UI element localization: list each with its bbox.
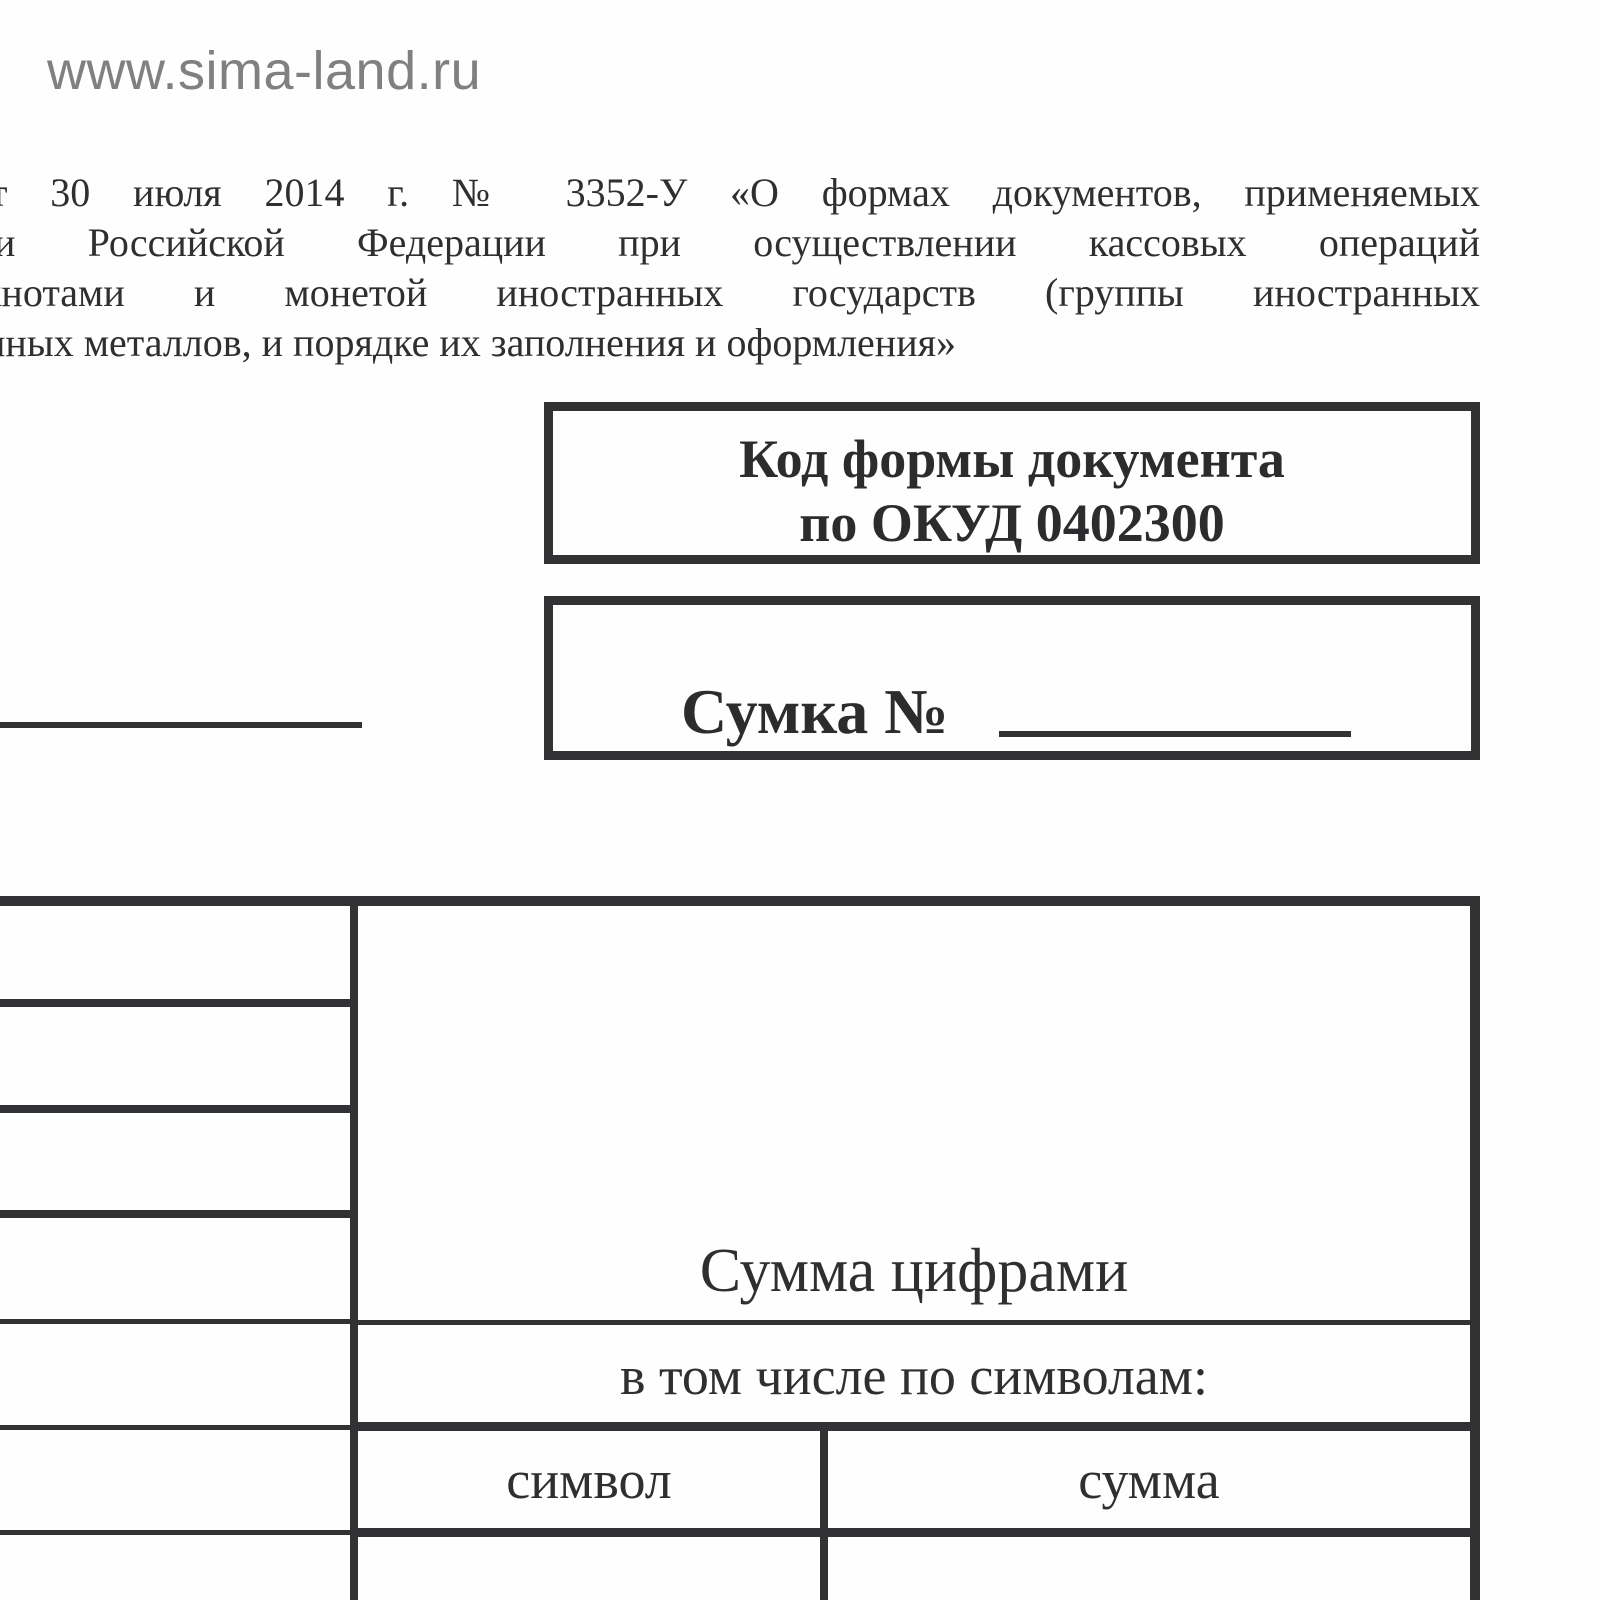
left-row-line — [0, 999, 354, 1007]
table-top-border — [0, 896, 1480, 906]
right-row-line — [354, 1422, 1474, 1431]
symbol-amount-divider — [820, 1426, 828, 1600]
left-field-cell[interactable] — [0, 1113, 350, 1210]
amount-cell[interactable] — [828, 1537, 1470, 1600]
column-header-symbol: символ — [358, 1450, 820, 1510]
form-code-okud: по ОКУД 0402300 — [553, 493, 1471, 553]
including-by-symbols-label: в том числе по символам: — [358, 1346, 1470, 1406]
bag-number-label: Сумка № — [681, 677, 949, 747]
left-row-line — [0, 1530, 354, 1535]
table-right-border — [1470, 896, 1480, 1600]
heading-line: нных металлов, и порядке их заполнения и… — [0, 318, 1480, 368]
right-row-line — [354, 1528, 1474, 1537]
left-field-cell[interactable] — [0, 1007, 350, 1105]
heading-line: кнотами и монетой иностранных государств… — [0, 268, 1480, 318]
form-code-box: Код формы документа по ОКУД 0402300 — [544, 402, 1480, 564]
column-header-amount: сумма — [828, 1450, 1470, 1510]
bag-number-box: Сумка № — [544, 596, 1480, 760]
left-blank-field-line[interactable] — [0, 722, 362, 728]
form-code-title: Код формы документа — [553, 429, 1471, 489]
left-field-cell[interactable] — [0, 1430, 350, 1530]
left-row-line — [0, 1105, 354, 1113]
heading-line: и Российской Федерации при осуществлении… — [0, 218, 1480, 268]
left-field-cell[interactable] — [0, 1324, 350, 1425]
bag-number-field[interactable] — [999, 731, 1351, 737]
heading-line: т 30 июля 2014 г. № 3352-У «О формах док… — [0, 168, 1480, 218]
regulation-heading: т 30 июля 2014 г. № 3352-У «О формах док… — [0, 168, 1480, 368]
sum-in-digits-label: Сумма цифрами — [358, 1236, 1470, 1306]
left-row-line — [0, 1210, 354, 1218]
left-field-cell[interactable] — [0, 906, 350, 999]
right-row-line — [354, 1320, 1474, 1325]
left-field-cell[interactable] — [0, 1218, 350, 1319]
watermark: www.sima-land.ru — [47, 40, 481, 102]
symbol-cell[interactable] — [358, 1537, 820, 1600]
